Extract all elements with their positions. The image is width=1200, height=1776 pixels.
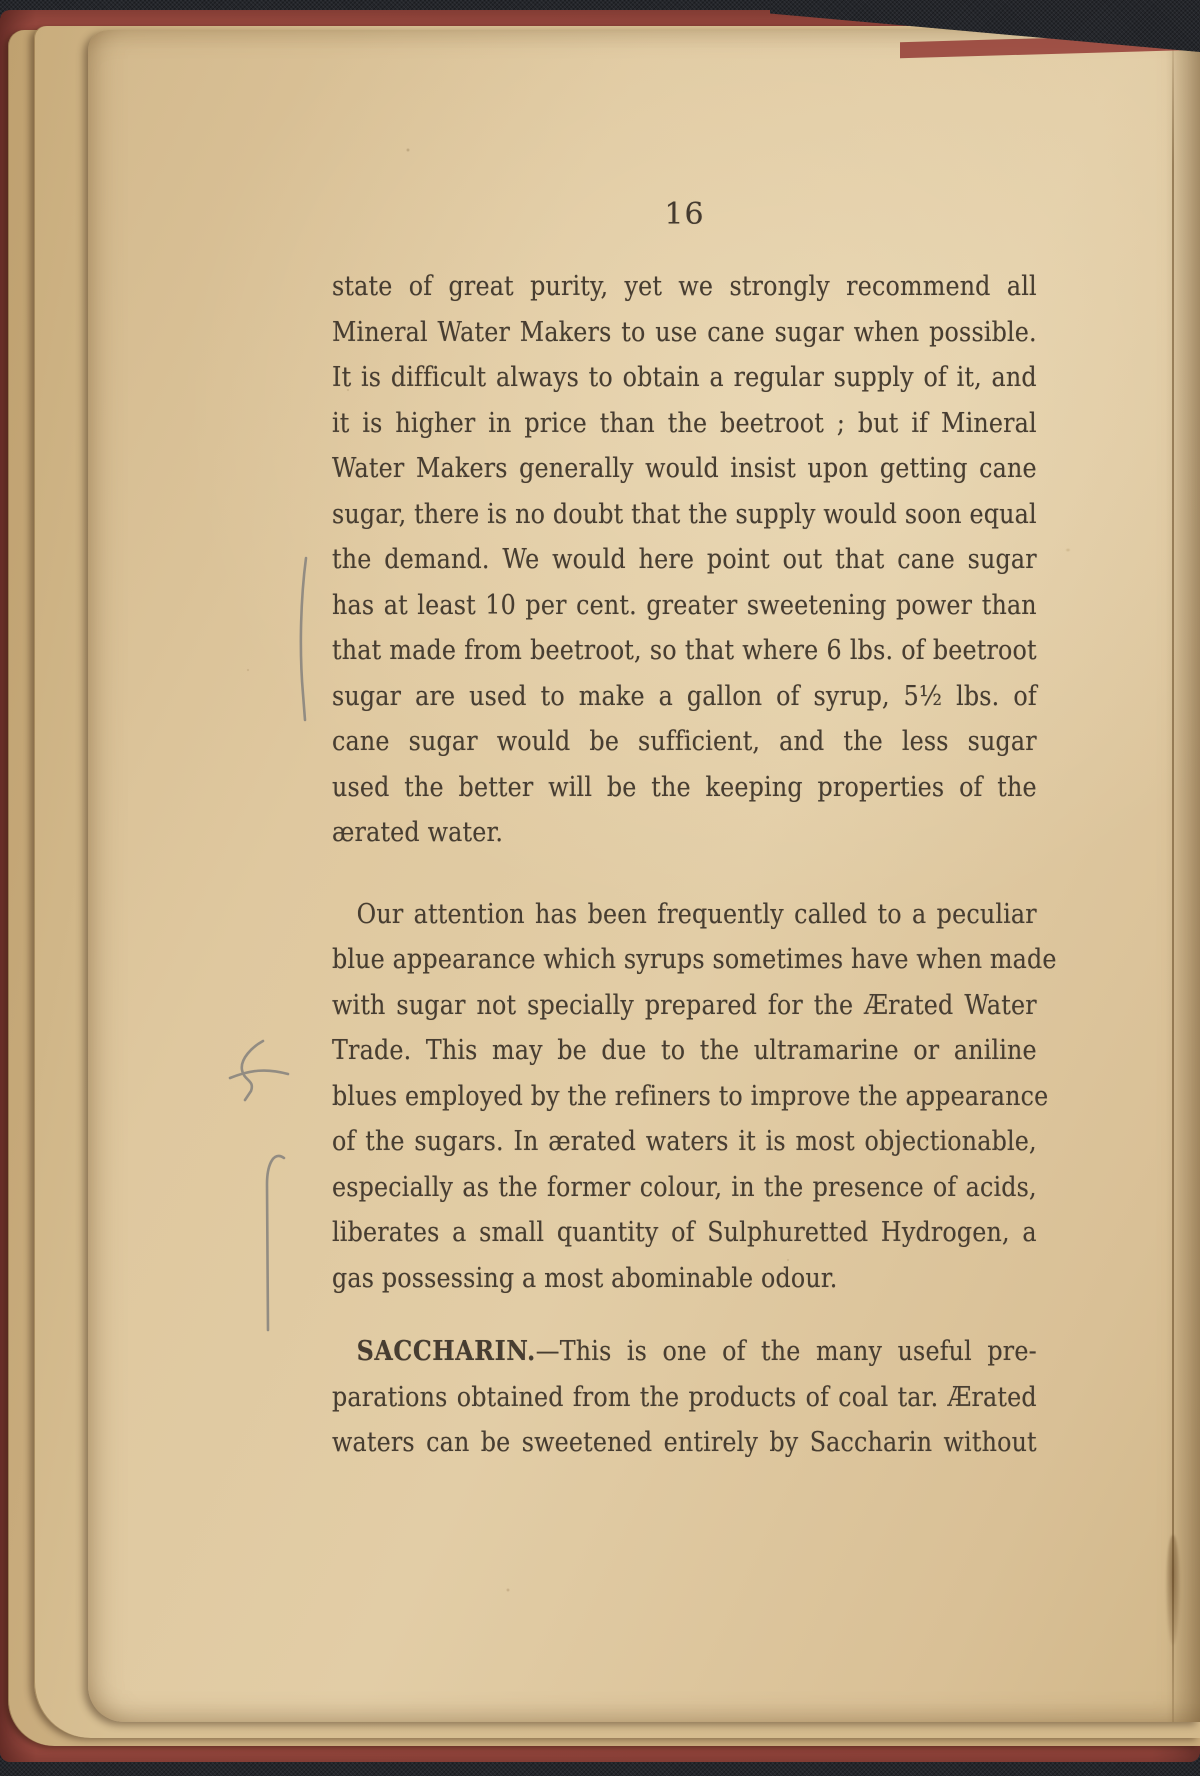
text-line: Mineral Water Makers to use cane sugar w… bbox=[332, 310, 1037, 356]
paragraph: state of great purity, yet we strongly r… bbox=[332, 264, 1037, 856]
text-line: SACCHARIN.—This is one of the many usefu… bbox=[332, 1329, 1037, 1375]
text-line: that made from beetroot, so that where 6… bbox=[332, 628, 1037, 674]
text-line: of the sugars. In ærated waters it is mo… bbox=[332, 1119, 1037, 1165]
page-number: 16 bbox=[332, 200, 1037, 230]
text-line: gas possessing a most abominable odour. bbox=[332, 1256, 1037, 1302]
text-line: blue appearance which syrups sometimes h… bbox=[332, 937, 1037, 983]
page-gutter bbox=[1166, 30, 1200, 1722]
text-line: sugar are used to make a gallon of syrup… bbox=[332, 674, 1037, 720]
text-line: sugar, there is no doubt that the supply… bbox=[332, 492, 1037, 538]
paragraph: SACCHARIN.—This is one of the many usefu… bbox=[332, 1329, 1037, 1466]
text-line: state of great purity, yet we strongly r… bbox=[332, 264, 1037, 310]
text-line: blues employed by the refiners to improv… bbox=[332, 1074, 1037, 1120]
gutter-stain bbox=[1166, 1535, 1180, 1645]
page-paragraphs: state of great purity, yet we strongly r… bbox=[332, 264, 1037, 1466]
bold-lead: SACCHARIN. bbox=[357, 1336, 536, 1367]
gutter-fold-line bbox=[1172, 30, 1174, 1722]
text-block: 16 state of great purity, yet we strongl… bbox=[332, 200, 1037, 1466]
text-line: liberates a small quantity of Sulphurett… bbox=[332, 1210, 1037, 1256]
text-line: Our attention has been frequently called… bbox=[332, 892, 1037, 938]
text-line: has at least 10 per cent. greater sweete… bbox=[332, 583, 1037, 629]
text-line: the demand. We would here point out that… bbox=[332, 537, 1037, 583]
paragraph: Our attention has been frequently called… bbox=[332, 892, 1037, 1302]
text-line: parations obtained from the products of … bbox=[332, 1375, 1037, 1421]
text-line: cane sugar would be sufficient, and the … bbox=[332, 719, 1037, 765]
book-page: 16 state of great purity, yet we strongl… bbox=[88, 30, 1200, 1722]
text-line: Water Makers generally would insist upon… bbox=[332, 446, 1037, 492]
text-line: ærated water. bbox=[332, 810, 1037, 856]
text-line: It is difficult always to obtain a regul… bbox=[332, 355, 1037, 401]
text-line: waters can be sweetened entirely by Sacc… bbox=[332, 1420, 1037, 1466]
text-line: with sugar not specially prepared for th… bbox=[332, 983, 1037, 1029]
text-line: used the better will be the keeping prop… bbox=[332, 765, 1037, 811]
text-line: Trade. This may be due to the ultramarin… bbox=[332, 1028, 1037, 1074]
text-line: especially as the former colour, in the … bbox=[332, 1165, 1037, 1211]
text-line: it is higher in price than the beetroot … bbox=[332, 401, 1037, 447]
